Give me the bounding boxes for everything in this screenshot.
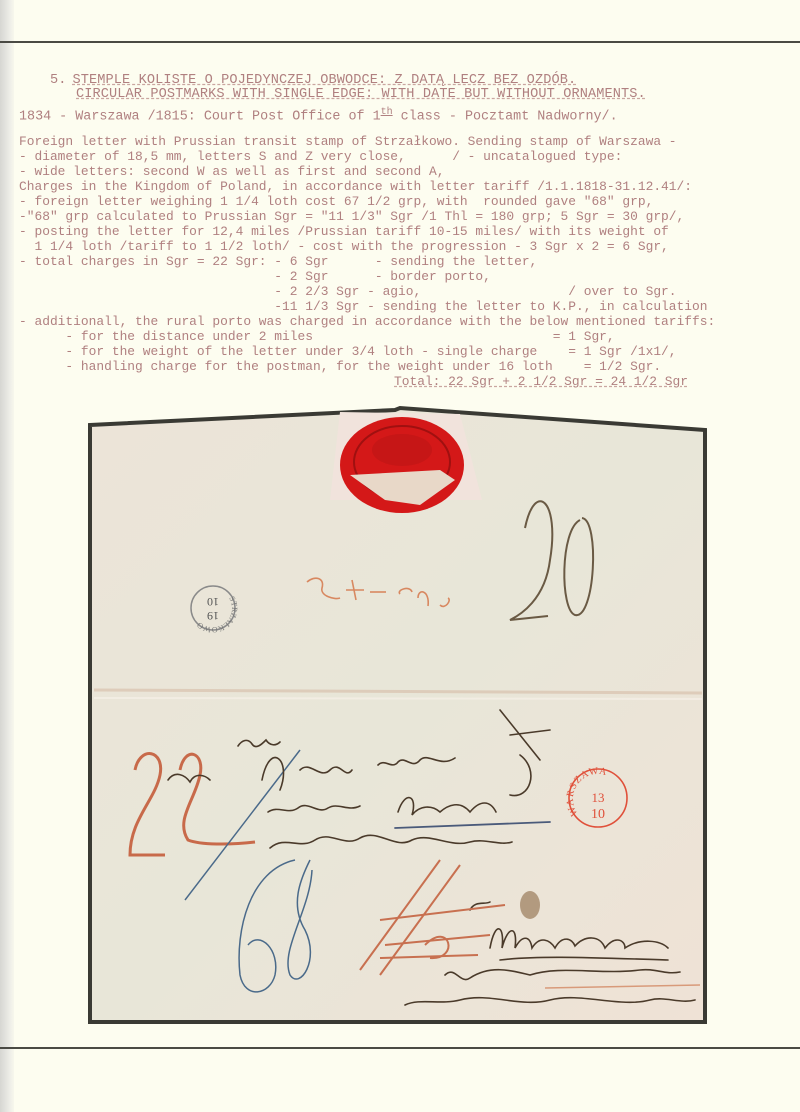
ink-blot (520, 891, 540, 919)
svg-text:10: 10 (207, 595, 219, 609)
envelope-illustration: 19 10 STRZALKOWO WARSZAWA 13 10 (0, 0, 800, 1112)
svg-text:10: 10 (591, 807, 605, 822)
wax-seal (340, 417, 464, 513)
cover-envelope: 19 10 STRZALKOWO WARSZAWA 13 10 (0, 0, 800, 1112)
bottom-rule (0, 1047, 800, 1049)
svg-text:19: 19 (207, 609, 219, 623)
svg-text:13: 13 (592, 790, 605, 805)
